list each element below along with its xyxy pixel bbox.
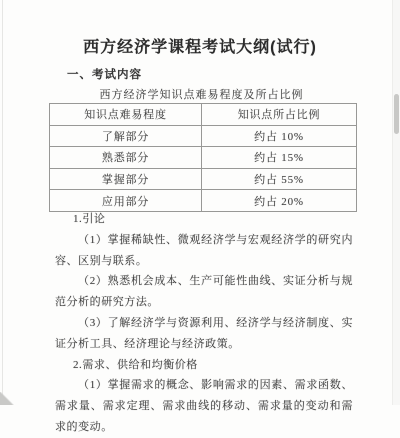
table-caption: 西方经济学知识点难易程度及所占比例 [49,86,354,102]
table-row: 掌握部分 约占 55% [50,168,357,190]
table-row: 熟悉部分 约占 15% [50,147,357,169]
outline-body-text: 1.引论 （1）掌握稀缺性、微观经济学与宏观经济学的研究内容、区别与联系。 （2… [55,209,353,405]
table-cell-proportion: 约占 55% [202,168,357,190]
vertical-scrollbar-track[interactable] [392,0,400,405]
table-header-proportion: 知识点所占比例 [202,104,357,126]
table-header-row: 知识点难易程度 知识点所占比例 [50,104,357,126]
knowledge-ratio-table: 知识点难易程度 知识点所占比例 了解部分 约占 10% 熟悉部分 约占 15% … [49,103,357,212]
table-cell-difficulty: 了解部分 [50,125,202,147]
outline-item-paragraph: （2）熟悉机会成本、生产可能性曲线、实证分析与规范分析的研究方法。 [55,271,353,313]
outline-item-paragraph: （1）掌握稀缺性、微观经济学与宏观经济学的研究内容、区别与联系。 [55,230,353,272]
outline-item-paragraph: （3）了解经济学与资源利用、经济学与经济制度、实证分析工具、经济理论与经济政策。 [55,313,353,355]
scan-corner-shadow [0,392,14,405]
outline-item-paragraph: （1）掌握需求的概念、影响需求的因素、需求函数、需求量、需求定理、需求曲线的移动… [55,375,353,405]
table-cell-difficulty: 熟悉部分 [50,147,202,169]
table-cell-difficulty: 掌握部分 [50,168,202,190]
table-cell-proportion: 约占 15% [202,147,357,169]
outline-item-heading: 1.引论 [55,209,353,230]
outline-item-heading: 2.需求、供给和均衡价格 [55,355,353,376]
document-title: 西方经济学课程考试大纲(试行) [10,34,390,57]
document-page: 西方经济学课程考试大纲(试行) 一、考试内容 西方经济学知识点难易程度及所占比例… [0,0,400,405]
table-cell-proportion: 约占 10% [202,125,357,147]
table-header-difficulty: 知识点难易程度 [50,104,202,126]
table-row: 了解部分 约占 10% [50,125,357,147]
section-heading-exam-content: 一、考试内容 [67,66,142,82]
vertical-scrollbar-thumb[interactable] [394,94,399,134]
page-left-edge [2,0,3,405]
